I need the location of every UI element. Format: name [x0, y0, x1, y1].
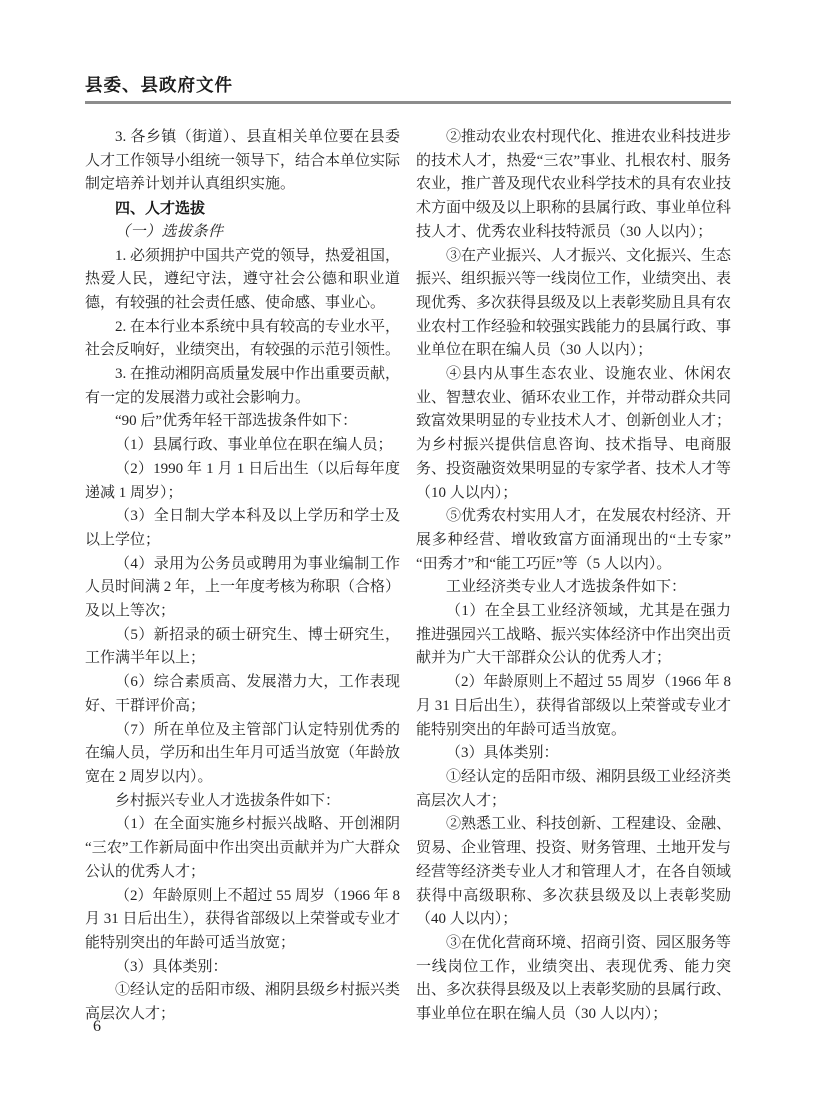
paragraph: 四、人才选拔: [85, 197, 400, 221]
page-number: 6: [93, 1018, 101, 1036]
paragraph: （6）综合素质高、发展潜力大，工作表现好、干群评价高；: [85, 671, 400, 718]
document-category-title: 县委、县政府文件: [85, 74, 731, 96]
paragraph: ⑤优秀农村实用人才，在发展农村经济、开展多种经营、增收致富方面涌现出的“土专家”…: [416, 505, 731, 576]
paragraph: 3. 在推动湘阴高质量发展中作出重要贡献，有一定的发展潜力或社会影响力。: [85, 363, 400, 410]
header-rule: [85, 101, 731, 104]
paragraph: （3）具体类别：: [416, 742, 731, 766]
paragraph: （1）在全县工业经济领域，尤其是在强力推进强园兴工战略、振兴实体经济中作出突出贡…: [416, 600, 731, 671]
paragraph: ③在产业振兴、人才振兴、文化振兴、生态振兴、组织振兴等一线岗位工作，业绩突出、表…: [416, 245, 731, 364]
paragraph: ①经认定的岳阳市级、湘阴县级工业经济类高层次人才；: [416, 766, 731, 813]
document-page: 县委、县政府文件 3. 各乡镇（街道）、县直相关单位要在县委人才工作领导小组统一…: [0, 0, 816, 1099]
paragraph: （2）年龄原则上不超过 55 周岁（1966 年 8 月 31 日后出生），获得…: [416, 671, 731, 742]
paragraph: （2）1990 年 1 月 1 日后出生（以后每年度递减 1 周岁）；: [85, 458, 400, 505]
paragraph: （1）县属行政、事业单位在职在编人员；: [85, 434, 400, 458]
paragraph: ①经认定的岳阳市级、湘阴县级乡村振兴类高层次人才；: [85, 979, 400, 1026]
paragraph: （4）录用为公务员或聘用为事业编制工作人员时间满 2 年，上一年度考核为称职（合…: [85, 553, 400, 624]
right-column: ②推动农业农村现代化、推进农业科技进步的技术人才，热爱“三农”事业、扎根农村、服…: [416, 126, 731, 1027]
paragraph: （一）选拔条件: [85, 221, 400, 245]
paragraph: ②推动农业农村现代化、推进农业科技进步的技术人才，热爱“三农”事业、扎根农村、服…: [416, 126, 731, 245]
paragraph: 3. 各乡镇（街道）、县直相关单位要在县委人才工作领导小组统一领导下，结合本单位…: [85, 126, 400, 197]
paragraph: （2）年龄原则上不超过 55 周岁（1966 年 8 月 31 日后出生），获得…: [85, 885, 400, 956]
paragraph: 1. 必须拥护中国共产党的领导，热爱祖国，热爱人民，遵纪守法，遵守社会公德和职业…: [85, 245, 400, 316]
paragraph: 乡村振兴专业人才选拔条件如下：: [85, 790, 400, 814]
paragraph: （3）具体类别：: [85, 956, 400, 980]
page-header: 县委、县政府文件: [85, 74, 731, 104]
paragraph: （3）全日制大学本科及以上学历和学士及以上学位；: [85, 505, 400, 552]
paragraph: ③在优化营商环境、招商引资、园区服务等一线岗位工作，业绩突出、表现优秀、能力突出…: [416, 932, 731, 1027]
document-body: 3. 各乡镇（街道）、县直相关单位要在县委人才工作领导小组统一领导下，结合本单位…: [85, 126, 731, 1027]
paragraph: 工业经济类专业人才选拔条件如下：: [416, 576, 731, 600]
paragraph: （7）所在单位及主管部门认定特别优秀的在编人员，学历和出生年月可适当放宽（年龄放…: [85, 719, 400, 790]
paragraph: ④县内从事生态农业、设施农业、休闲农业、智慧农业、循环农业工作，并带动群众共同致…: [416, 363, 731, 505]
paragraph: （5）新招录的硕士研究生、博士研究生，工作满半年以上；: [85, 624, 400, 671]
paragraph: “90 后”优秀年轻干部选拔条件如下：: [85, 410, 400, 434]
left-column: 3. 各乡镇（街道）、县直相关单位要在县委人才工作领导小组统一领导下，结合本单位…: [85, 126, 400, 1027]
paragraph: 2. 在本行业本系统中具有较高的专业水平，社会反响好，业绩突出，有较强的示范引领…: [85, 316, 400, 363]
paragraph: （1）在全面实施乡村振兴战略、开创湘阴“三农”工作新局面中作出突出贡献并为广大群…: [85, 813, 400, 884]
paragraph: ②熟悉工业、科技创新、工程建设、金融、贸易、企业管理、投资、财务管理、土地开发与…: [416, 813, 731, 932]
